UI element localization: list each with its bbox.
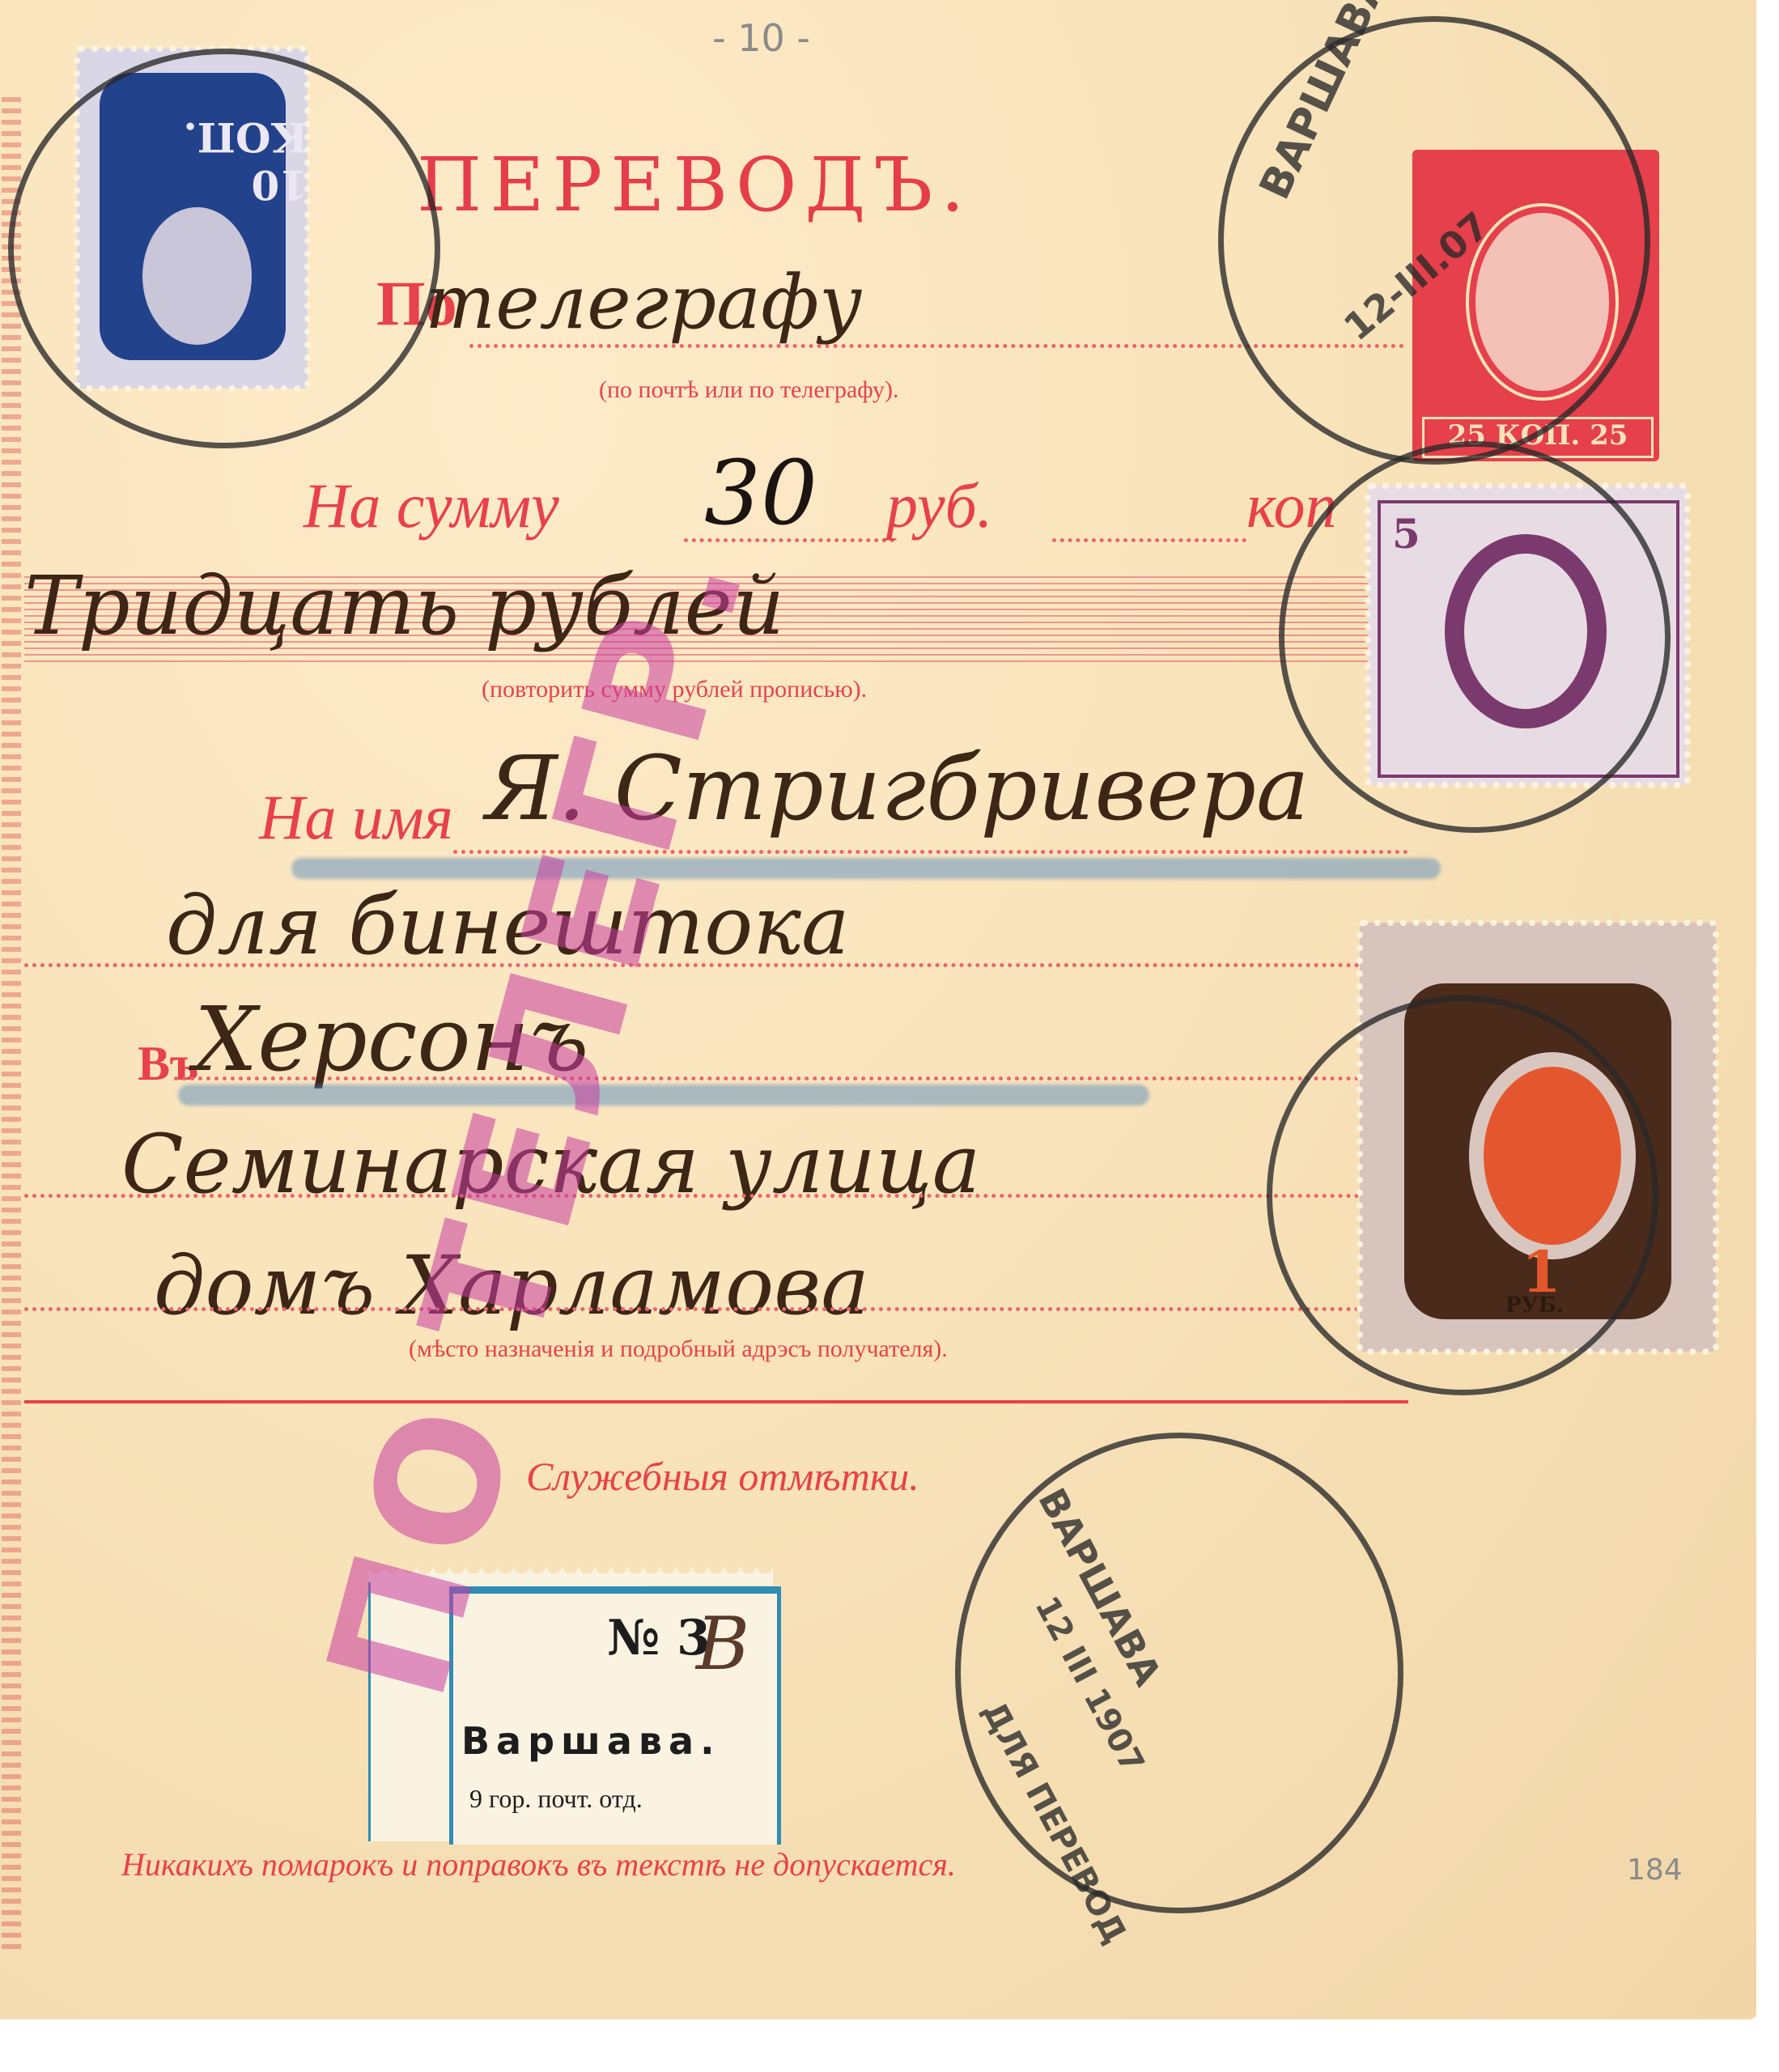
dotted-line — [24, 1307, 1408, 1311]
label-recipient: На имя — [259, 781, 453, 854]
postmark-left — [8, 49, 440, 448]
pencil-catalog-number: 184 — [1627, 1853, 1683, 1887]
registration-number: № 3 — [607, 1610, 711, 1667]
label-rub: руб. — [886, 469, 992, 542]
blue-crayon-underline — [178, 1085, 1149, 1106]
label-amount: На сумму — [304, 469, 559, 542]
hint-method: (по почтѣ или по телеграфу). — [599, 376, 898, 404]
dotted-line — [24, 963, 1408, 967]
postmark-transfer — [955, 1433, 1403, 1913]
blue-crayon-underline — [291, 858, 1441, 879]
postmark-mid-right — [1279, 441, 1671, 833]
form-title: ПЕРЕВОДЪ. — [417, 142, 973, 228]
torn-perforated-edge — [2, 97, 21, 1951]
handwritten-initial: В — [696, 1602, 749, 1687]
footer-note: Никакихъ помарокъ и поправокъ въ текстѣ … — [121, 1845, 956, 1883]
registration-city: Варшава. — [461, 1719, 721, 1763]
pencil-page-number: - 10 - — [712, 16, 810, 60]
registration-office: 9 гор. почт. отд. — [469, 1784, 643, 1814]
dotted-line — [1052, 538, 1246, 542]
service-marks-heading: Служебныя отмѣтки. — [526, 1453, 919, 1500]
money-order-card: - 10 - ПЕРЕВОДЪ. По телеграфу (по почтѣ … — [0, 0, 1756, 2019]
label-destination: Въ — [138, 1036, 198, 1092]
postmark-lower-right — [1267, 996, 1658, 1395]
section-divider — [24, 1400, 1408, 1403]
handwritten-amount: 30 — [704, 441, 817, 545]
handwritten-method: телеграфу — [425, 259, 862, 346]
dotted-line — [24, 1194, 1408, 1198]
